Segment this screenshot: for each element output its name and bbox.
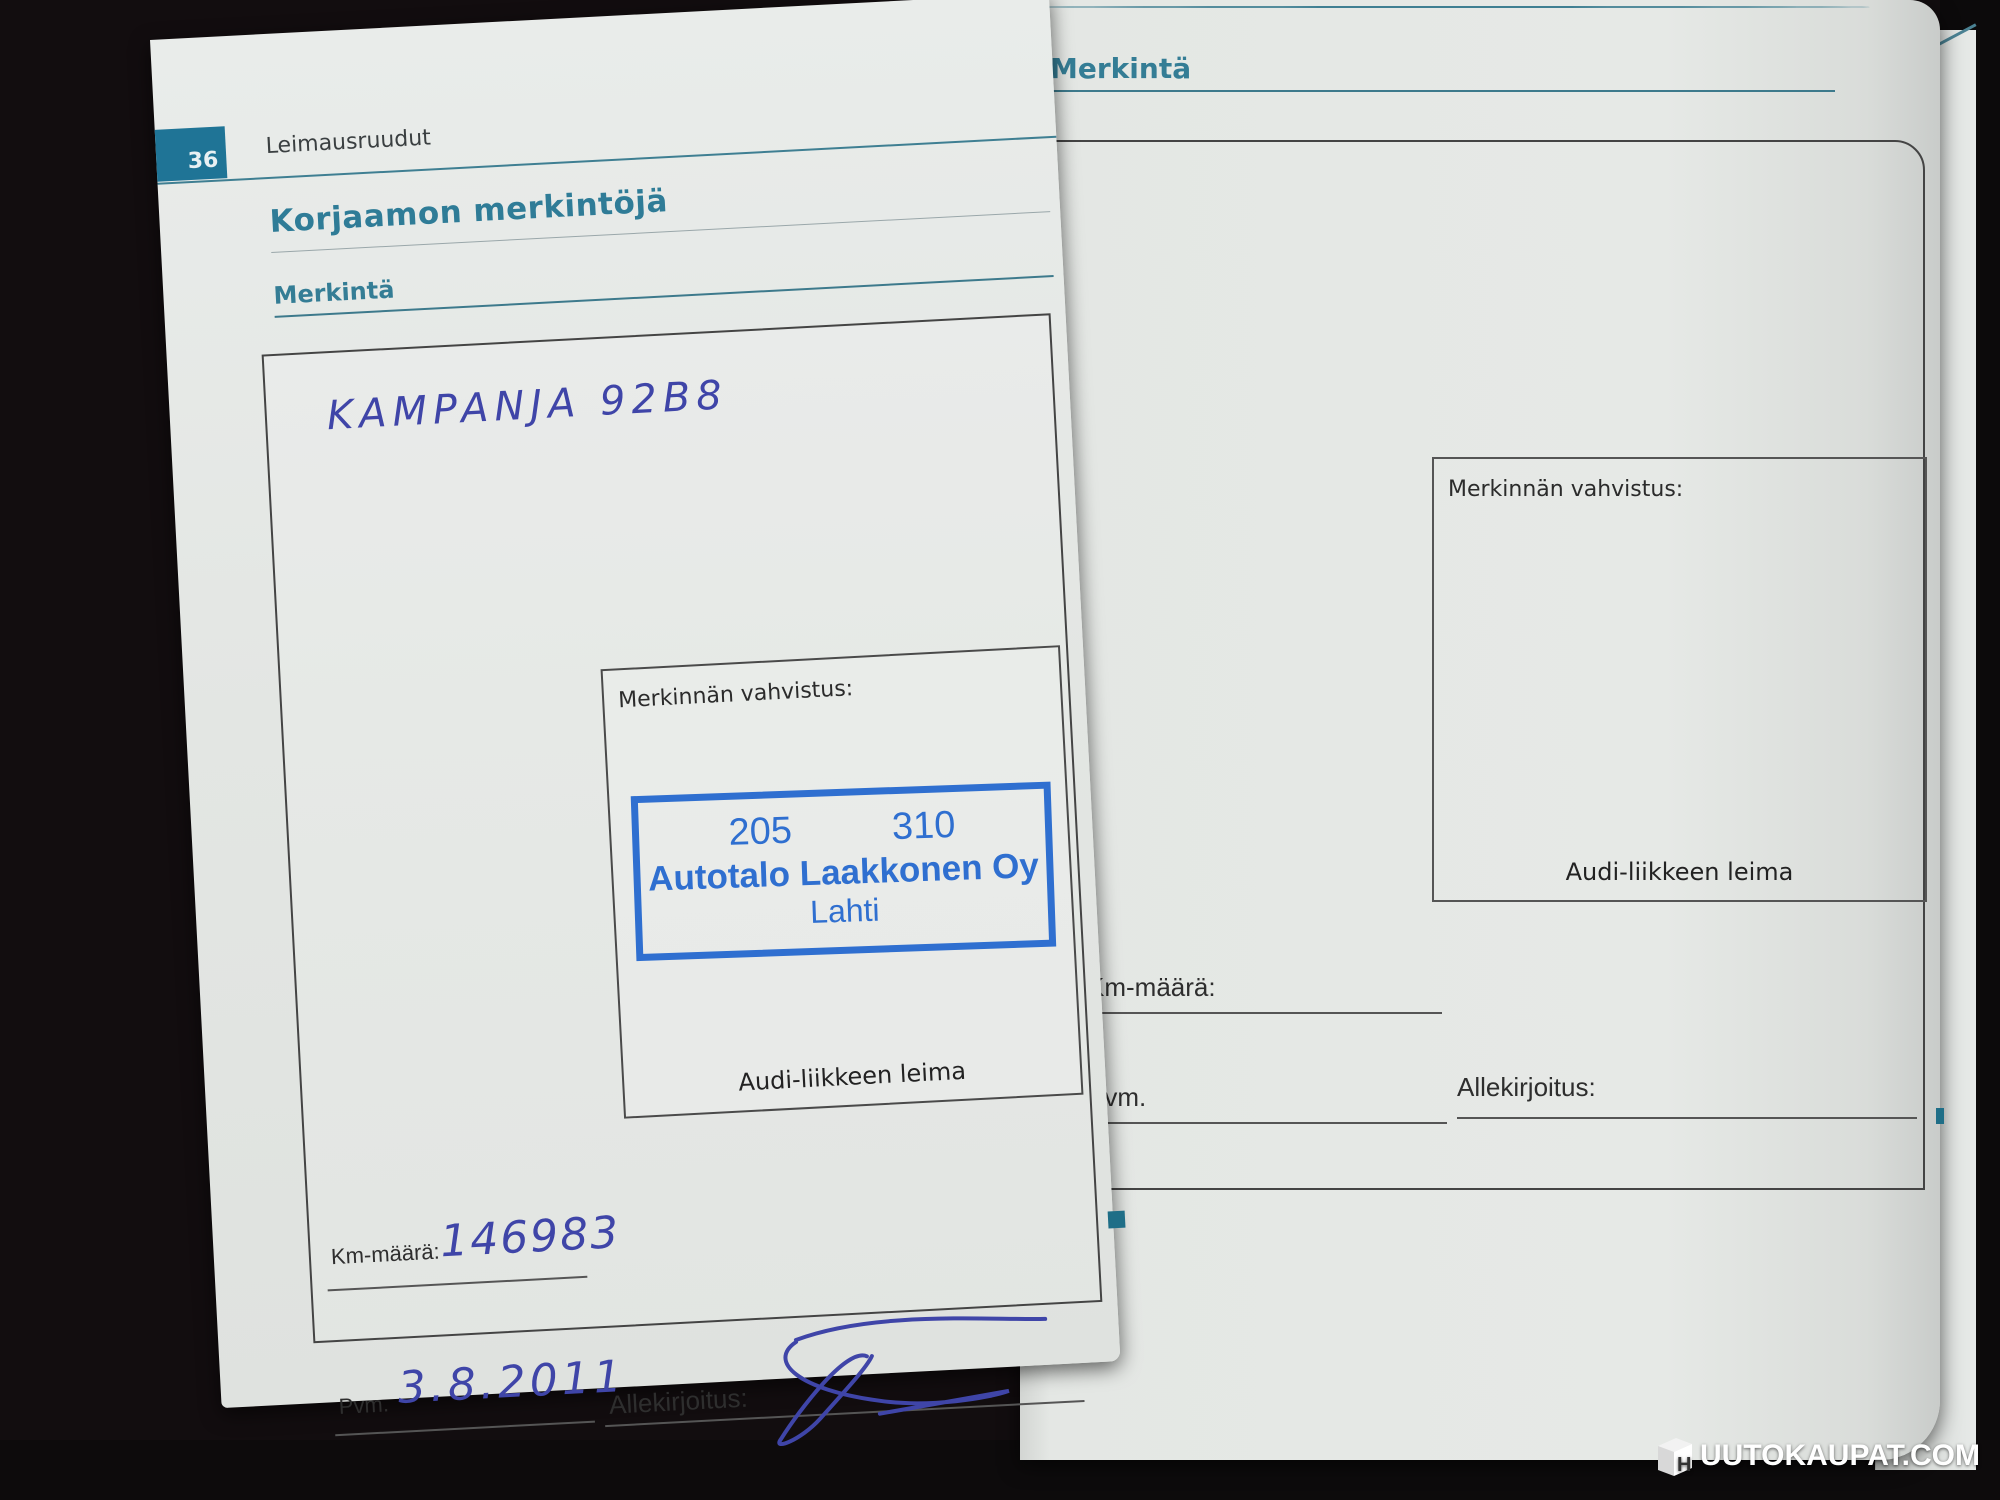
date-field[interactable] — [1082, 1122, 1447, 1124]
signature-field[interactable] — [1457, 1117, 1917, 1119]
date-field-line — [335, 1421, 595, 1437]
stamp-number-1: 205 — [728, 810, 793, 855]
km-field[interactable] — [1082, 1012, 1442, 1014]
page-end-marker — [1108, 1211, 1126, 1229]
stamp-caption: Audi-liikkeen leima — [1434, 858, 1925, 886]
entry-form-box: Merkinnän vahvistus: Audi-liikkeen leima… — [1045, 140, 1925, 1190]
confirmation-label: Merkinnän vahvistus: — [618, 676, 854, 713]
left-page: 36 Leimausruudut Korjaamon merkintöjä Me… — [150, 0, 1120, 1408]
date-value[interactable]: 3.8.2011 — [397, 1351, 627, 1414]
watermark: H UUTOKAUPAT.COM — [1654, 1434, 1980, 1478]
km-field-line — [328, 1276, 588, 1292]
entry-heading-rule — [1045, 90, 1835, 92]
confirmation-box: Merkinnän vahvistus: Audi-liikkeen leima — [1432, 457, 1927, 902]
entry-form-box: KAMPANJA 92B8 Merkinnän vahvistus: 205 3… — [262, 313, 1103, 1343]
page-title: Korjaamon merkintöjä — [269, 183, 669, 240]
header-rule — [1020, 6, 1870, 8]
date-label: Pvm. — [338, 1391, 389, 1420]
section-title: Leimausruudut — [265, 125, 431, 159]
entry-heading: Merkintä — [273, 276, 395, 310]
signature-label: Allekirjoitus: — [608, 1383, 748, 1421]
km-label: Km-määrä: — [330, 1239, 440, 1271]
svg-text:H: H — [1677, 1454, 1691, 1476]
confirmation-label: Merkinnän vahvistus: — [1448, 477, 1683, 502]
confirmation-box: Merkinnän vahvistus: 205 310 Autotalo La… — [601, 645, 1084, 1118]
entry-heading: Merkintä — [1050, 52, 1191, 85]
km-value[interactable]: 146983 — [439, 1207, 621, 1267]
right-page: Merkintä Merkinnän vahvistus: Audi-liikk… — [1020, 0, 1940, 1460]
handwritten-note: KAMPANJA 92B8 — [326, 372, 729, 439]
dealer-stamp: 205 310 Autotalo Laakkonen Oy Lahti — [631, 782, 1057, 962]
box-logo-icon: H — [1654, 1434, 1694, 1478]
watermark-text: UUTOKAUPAT.COM — [1700, 1439, 1980, 1473]
page-end-marker — [1936, 1108, 1944, 1124]
signature-scribble — [755, 1306, 1061, 1452]
signature-label: Allekirjoitus: — [1457, 1072, 1596, 1103]
page-number-tab: 36 — [155, 126, 228, 182]
stamp-caption: Audi-liikkeen leima — [624, 1051, 1081, 1103]
km-label: Km-määrä: — [1087, 972, 1216, 1003]
stamp-number-2: 310 — [891, 804, 956, 849]
